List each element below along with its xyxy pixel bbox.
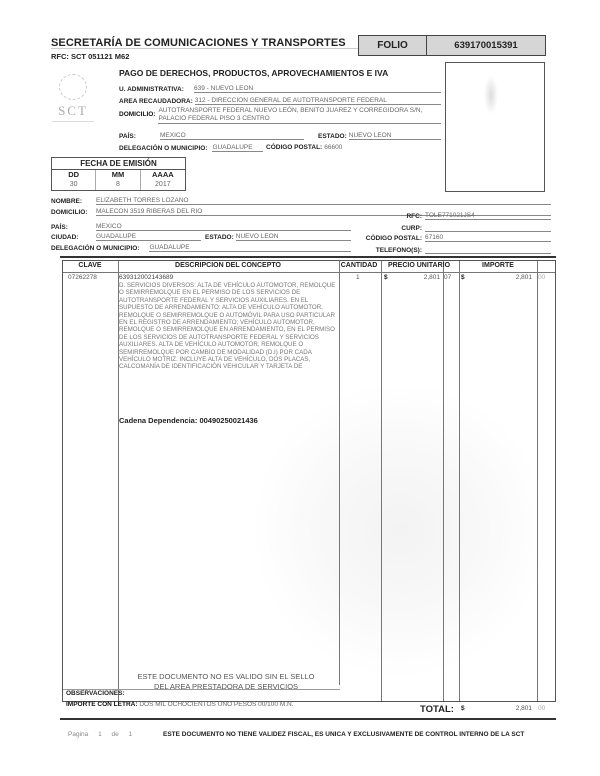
- agency-rfc: RFC: SCT 051121 M62: [51, 52, 129, 61]
- contrib-pais-row: PAÍS: MEXICO: [51, 223, 351, 231]
- col-divider: [459, 261, 460, 701]
- importe-letra-value: DOS MIL OCHOCIENTOS UNO PESOS 00/100 M.N…: [139, 701, 293, 708]
- office-estado-label: ESTADO:: [318, 133, 347, 140]
- office-domicilio-line2: PALACIO FEDERAL PISO 3 CENTRO: [158, 115, 441, 123]
- folio-box: FOLIO 639170015391: [358, 35, 546, 56]
- contrib-delegacion-label: DELEGACIÓN O MUNICIPIO:: [51, 245, 139, 252]
- sello-line1: ESTE DOCUMENTO NO ES VALIDO SIN EL SELLO: [119, 672, 333, 682]
- fecha-header-mm: MM: [96, 170, 140, 180]
- contrib-estado-value: NUEVO LEON: [236, 233, 351, 241]
- contrib-delegacion-row: DELEGACIÓN O MUNICIPIO: GUADALUPE: [51, 244, 351, 252]
- office-domicilio-line1: AUTOTRANSPORTE FEDERAL NUEVO LEÓN, BENIT…: [158, 107, 441, 115]
- curp-value: [425, 223, 551, 232]
- row-precio-int: 2,801: [420, 274, 440, 281]
- area-label: AREA RECAUDADORA:: [119, 98, 193, 105]
- contrib-rfc-value: TOLE771021JS4: [425, 212, 551, 220]
- col-header-importe: IMPORTE: [458, 262, 538, 269]
- col-header-cantidad: CANTIDAD: [338, 262, 380, 269]
- footer-disclaimer: ESTE DOCUMENTO NO TIENE VALIDEZ FISCAL, …: [163, 731, 524, 738]
- contrib-estado-label: ESTADO:: [205, 234, 234, 241]
- pagina-label: Pagina: [68, 731, 88, 738]
- row-clave: 07262278: [68, 274, 97, 281]
- header-row-divider: [63, 272, 555, 273]
- area-row: AREA RECAUDADORA: 312 - DIRECCION GENERA…: [119, 97, 441, 105]
- observaciones-label: OBSERVACIONES:: [66, 690, 125, 697]
- ciudad-value: GUADALUPE: [96, 233, 201, 241]
- office-delegacion-label: DELEGACIÓN O MUNICIPIO:: [119, 145, 207, 152]
- row-cantidad: 1: [356, 274, 360, 281]
- u-admin-label: U. ADMINISTRATIVA:: [119, 86, 189, 93]
- col-divider: [381, 261, 382, 701]
- nombre-row: NOMBRE: ELIZABETH TORRES LOZANO: [51, 197, 551, 205]
- section-divider-top: [60, 256, 556, 258]
- fecha-emision-box: FECHA DE EMISIÓN DD MM AAAA 30 8 2017: [51, 157, 186, 191]
- coat-of-arms-icon: [59, 74, 87, 100]
- contrib-rfc-row: RFC: TOLE771021JS4: [380, 212, 551, 220]
- contrib-rfc-label: RFC:: [380, 213, 422, 220]
- row-importe-int: 2,801: [510, 274, 532, 281]
- area-value: 312 - DIRECCION GENERAL DE AUTOTRANSPORT…: [195, 97, 441, 105]
- col-divider: [443, 261, 444, 701]
- office-estado-value: NUEVO LEON: [349, 132, 441, 140]
- contrib-estado-row: ESTADO: NUEVO LEON: [205, 233, 351, 241]
- pagina-total: 1: [129, 731, 133, 738]
- nombre-value: ELIZABETH TORRES LOZANO: [96, 197, 551, 205]
- row-importe-dec: 00: [538, 274, 545, 281]
- document-subtitle: PAGO DE DERECHOS, PRODUCTOS, APROVECHAMI…: [119, 68, 388, 78]
- ciudad-label: CIUDAD:: [51, 234, 91, 241]
- cadena-dependencia: Cadena Dependencia: 00490250021436: [119, 416, 258, 425]
- row-importe-currency: $: [461, 274, 465, 281]
- contrib-pais-value: MEXICO: [96, 223, 351, 231]
- fecha-value-mm: 8: [96, 180, 140, 190]
- logo-subtext: [48, 124, 98, 134]
- stamp-box: [445, 62, 545, 192]
- row-descripcion: D. SERVICIOS DIVERSOS: ALTA DE VEHÍCULO …: [119, 282, 339, 371]
- curp-row: CURP:: [380, 223, 551, 232]
- sello-notice: ESTE DOCUMENTO NO ES VALIDO SIN EL SELLO…: [119, 672, 333, 692]
- row-precio-currency: $: [384, 274, 388, 281]
- total-label: TOTAL:: [420, 704, 454, 715]
- office-estado-row: ESTADO: NUEVO LEON: [318, 132, 441, 140]
- col-header-clave: CLAVE: [62, 262, 118, 269]
- logo-line: [52, 121, 94, 122]
- fecha-title: FECHA DE EMISIÓN: [52, 158, 185, 170]
- fecha-header-aaaa: AAAA: [141, 170, 185, 180]
- contrib-delegacion-value: GUADALUPE: [149, 244, 351, 252]
- importe-letra-row: IMPORTE CON LETRA: DOS MIL OCHOCIENTOS U…: [66, 701, 294, 708]
- office-pais-label: PAÍS:: [119, 133, 155, 140]
- telefono-label: TELEFONO(S):: [352, 247, 422, 254]
- contrib-domicilio-label: DOMICILIO:: [51, 209, 91, 216]
- fecha-header-dd: DD: [52, 170, 96, 180]
- pagina-num: 1: [98, 731, 102, 738]
- seal-stamp-icon: [484, 75, 498, 115]
- col-divider: [537, 261, 538, 701]
- folio-value: 639170015391: [427, 36, 545, 55]
- col-header-precio: PRECIO UNITARIO: [380, 262, 458, 269]
- telefono-row: TELEFONO(S):: [352, 245, 551, 254]
- fecha-value-dd: 30: [52, 180, 96, 190]
- section-divider-bottom: [60, 718, 556, 720]
- fecha-value-aaaa: 2017: [141, 180, 185, 190]
- col-divider: [339, 261, 340, 685]
- col-header-descripcion: DESCRIPCION DEL CONCEPTO: [118, 262, 338, 269]
- curp-label: CURP:: [380, 225, 422, 232]
- office-domicilio-label: DOMICILIO:: [119, 111, 155, 124]
- contrib-cp-value: 67160: [425, 234, 551, 242]
- logo-text: SCT: [48, 103, 98, 119]
- fecha-grid: DD MM AAAA 30 8 2017: [52, 170, 185, 190]
- header-divider: [51, 48, 361, 49]
- row-codigo: 639312002143689: [119, 274, 173, 281]
- office-pais-value: MEXICO: [160, 132, 304, 140]
- telefono-value: [425, 245, 551, 254]
- contrib-cp-label: CÓDIGO POSTAL:: [352, 235, 422, 242]
- office-cp-row: CÓDIGO POSTAL: 66600: [266, 144, 386, 151]
- sello-line2: DEL AREA PRESTADORA DE SERVICIOS: [119, 682, 333, 692]
- office-cp-value: 66600: [324, 144, 386, 151]
- office-delegacion-value: GUADALUPE: [212, 144, 263, 152]
- row-precio-dec: 07: [444, 274, 451, 281]
- nombre-label: NOMBRE:: [51, 198, 91, 205]
- total-int: 2,801: [510, 705, 532, 712]
- office-pais-row: PAÍS: MEXICO: [119, 132, 304, 140]
- office-cp-label: CÓDIGO POSTAL:: [266, 144, 322, 151]
- sct-logo: SCT: [48, 74, 98, 134]
- office-delegacion-row: DELEGACIÓN O MUNICIPIO: GUADALUPE: [119, 144, 263, 152]
- u-admin-row: U. ADMINISTRATIVA: 639 - NUEVO LEON: [119, 85, 441, 93]
- de-label: de: [112, 731, 119, 738]
- contrib-pais-label: PAÍS:: [51, 224, 91, 231]
- total-currency: $: [461, 705, 465, 712]
- office-domicilio-row: DOMICILIO: AUTOTRANSPORTE FEDERAL NUEVO …: [119, 107, 441, 124]
- folio-label: FOLIO: [359, 36, 427, 55]
- page-indicator: Pagina 1 de 1: [68, 731, 132, 738]
- u-admin-value: 639 - NUEVO LEON: [194, 85, 441, 93]
- importe-letra-label: IMPORTE CON LETRA:: [66, 701, 138, 708]
- contrib-cp-row: CÓDIGO POSTAL: 67160: [352, 234, 551, 242]
- ciudad-row: CIUDAD: GUADALUPE: [51, 233, 201, 241]
- total-dec: 00: [538, 705, 545, 712]
